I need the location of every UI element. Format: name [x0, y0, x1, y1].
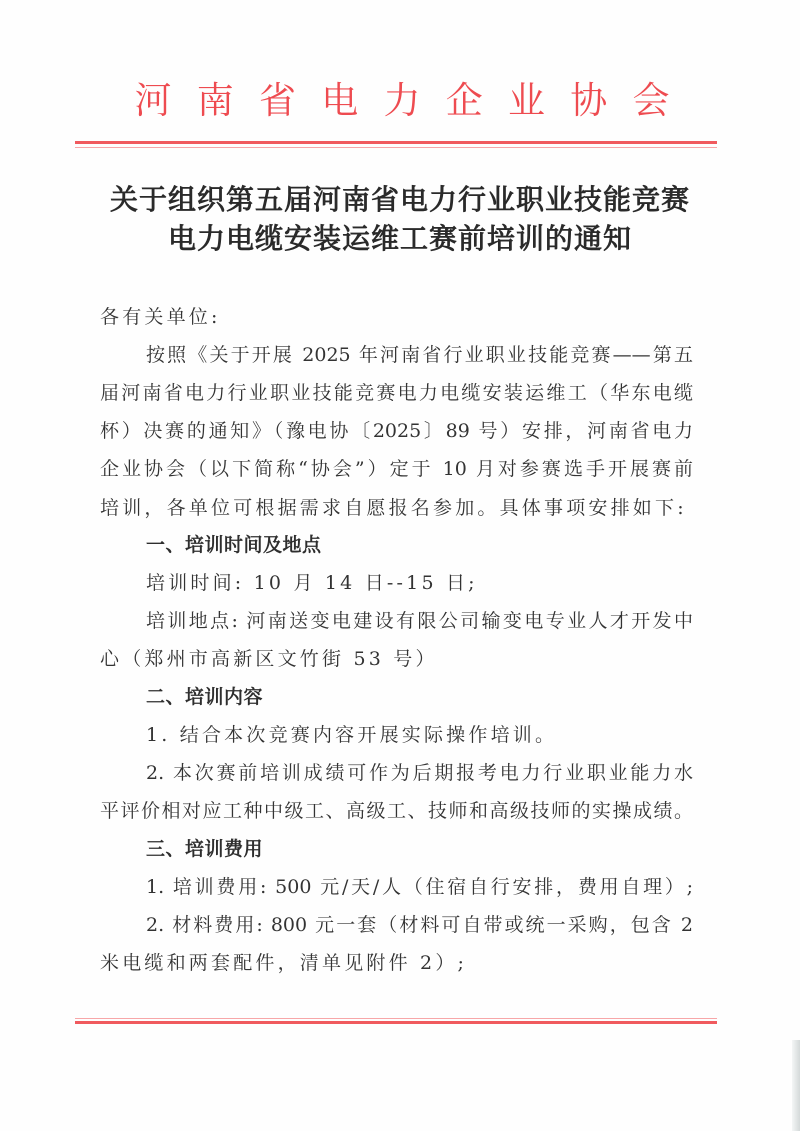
fee-item-1: 1. 培训费用: 500 元/天/人（住宿自行安排，费用自理）; [146, 868, 693, 906]
intro-line: 企业协会（以下简称“协会”）定于 10 月对参赛选手开展赛前 [100, 450, 693, 488]
header-divider-thick [75, 141, 717, 144]
organization-letterhead: 河 南 省 电 力 企 业 协 会 [100, 76, 700, 126]
intro-line: 届河南省电力行业职业技能竞赛电力电缆安装运维工（华东电缆 [100, 374, 693, 412]
section-heading-content: 二、培训内容 [146, 678, 263, 716]
letterhead-char: 力 [383, 76, 421, 126]
section-heading-fees: 三、培训费用 [146, 830, 263, 868]
section-heading-time-location: 一、培训时间及地点 [146, 526, 322, 564]
document-page: 河 南 省 电 力 企 业 协 会 关于组织第五届河南省电力行业职业技能竞赛 电… [0, 0, 800, 1131]
fee-item-2-cont: 米电缆和两套配件，清单见附件 2）; [100, 944, 693, 982]
letterhead-char: 业 [508, 76, 546, 126]
letterhead-char: 会 [632, 76, 670, 126]
training-time: 培训时间: 10 月 14 日--15 日; [146, 564, 693, 602]
fee-item-2: 2. 材料费用: 800 元一套（材料可自带或统一采购，包含 2 [146, 906, 693, 944]
letterhead-char: 河 [134, 76, 172, 126]
footer-divider-thick [75, 1021, 717, 1024]
salutation: 各有关单位: [100, 298, 693, 336]
letterhead-char: 协 [570, 76, 608, 126]
intro-line: 按照《关于开展 2025 年河南省行业职业技能竞赛——第五 [146, 336, 693, 374]
scan-edge-artifact [792, 1040, 800, 1131]
letterhead-char: 省 [259, 76, 297, 126]
content-item-2-cont: 平评价相对应工种中级工、高级工、技师和高级技师的实操成绩。 [100, 792, 693, 830]
training-location: 培训地点: 河南送变电建设有限公司输变电专业人才开发中 [146, 602, 693, 640]
letterhead-char: 电 [321, 76, 359, 126]
content-item-2: 2. 本次赛前培训成绩可作为后期报考电力行业职业能力水 [146, 754, 693, 792]
intro-line: 培训，各单位可根据需求自愿报名参加。具体事项安排如下: [100, 489, 693, 527]
content-item-1: 1. 结合本次竞赛内容开展实际操作培训。 [146, 716, 693, 754]
footer-divider-thin [75, 1018, 717, 1019]
intro-line: 杯）决赛的通知》（豫电协〔2025〕89 号）安排，河南省电力 [100, 412, 693, 450]
letterhead-char: 南 [196, 76, 234, 126]
subject-line-1: 关于组织第五届河南省电力行业职业技能竞赛 [0, 180, 800, 220]
subject-line-2: 电力电缆安装运维工赛前培训的通知 [0, 219, 800, 259]
training-location-cont: 心（郑州市高新区文竹街 53 号） [100, 640, 693, 678]
letterhead-char: 企 [445, 76, 483, 126]
header-divider-thin [75, 147, 717, 148]
